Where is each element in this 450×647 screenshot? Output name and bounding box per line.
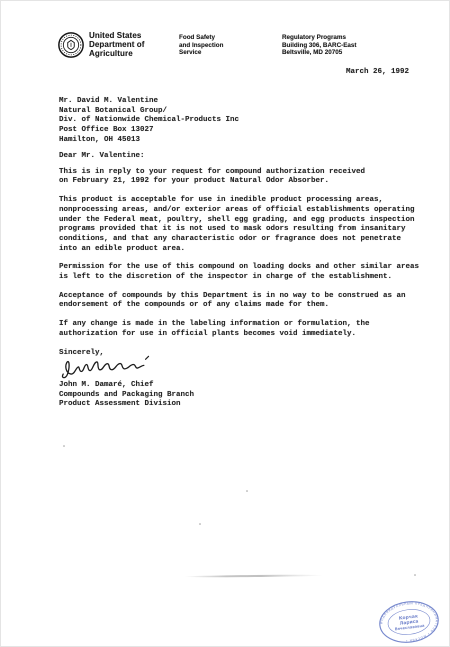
body-paragraph: If any change is made in the labeling in… bbox=[59, 320, 445, 339]
scan-smudge bbox=[184, 574, 324, 577]
scan-speck bbox=[414, 574, 416, 576]
scan-speck bbox=[246, 490, 248, 492]
scan-speck bbox=[63, 445, 65, 447]
signer-branch: Compounds and Packaging Branch bbox=[59, 391, 445, 400]
agency-name: United States Department of Agriculture bbox=[89, 32, 145, 58]
agency-service: Food Safety and Inspection Service bbox=[179, 34, 223, 57]
letter-date: March 26, 1992 bbox=[346, 68, 409, 78]
body-paragraph: Acceptance of compounds by this Departme… bbox=[59, 292, 445, 311]
letter-body: This is in reply to your request for com… bbox=[59, 168, 445, 340]
ink-stamp: ИНДИВИДУАЛЬНЫЙ ПРЕДПРИНИМАТЕЛЬ • МОСКВА … bbox=[373, 597, 445, 647]
usda-seal-icon bbox=[57, 31, 85, 59]
body-paragraph: Permission for the use of this compound … bbox=[59, 263, 445, 282]
handwritten-signature bbox=[57, 355, 163, 381]
agency-office-address: Regulatory Programs Building 306, BARC-E… bbox=[282, 34, 357, 57]
letter-page: United States Department of Agriculture … bbox=[0, 0, 450, 647]
body-paragraph: This is in reply to your request for com… bbox=[59, 168, 445, 187]
body-paragraph: This product is acceptable for use in in… bbox=[59, 196, 445, 254]
salutation: Dear Mr. Valentine: bbox=[59, 152, 445, 162]
scan-speck bbox=[199, 523, 201, 525]
signer-division: Product Assessment Division bbox=[59, 400, 445, 409]
recipient-address: Mr. David M. Valentine Natural Botanical… bbox=[59, 97, 239, 146]
signer-name: John M. Damaré, Chief bbox=[59, 381, 445, 390]
signature-block: John M. Damaré, Chief Compounds and Pack… bbox=[59, 381, 445, 409]
